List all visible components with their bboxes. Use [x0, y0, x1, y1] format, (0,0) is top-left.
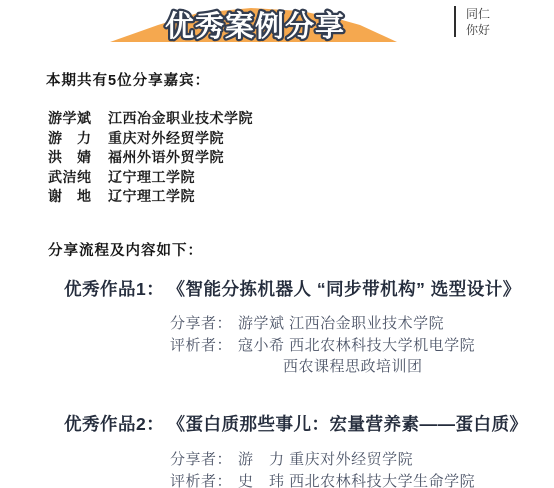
section-2-title: 优秀作品2：《蛋白质那些事儿：宏量营养素——蛋白质》: [64, 411, 527, 436]
sharer-label: 分享者：: [170, 315, 232, 332]
greeting-line-1: 同仁: [466, 6, 490, 22]
guest-name: 游 力: [48, 129, 100, 149]
section-1-title: 优秀作品1：《智能分拣机器人 “同步带机构” 选型设计》: [64, 276, 521, 301]
guests-heading: 本期共有5位分享嘉宾：: [46, 69, 210, 90]
section-2-work-title: 《蛋白质那些事儿：宏量营养素——蛋白质》: [176, 414, 527, 434]
reviewer-label: 评析者：: [170, 473, 232, 488]
guest-row: 游 力重庆对外经贸学院: [48, 129, 253, 149]
section-1-work-title: 《智能分拣机器人 “同步带机构” 选型设计》: [176, 279, 520, 299]
banner-graphic: 优秀案例分享: [103, 2, 405, 46]
greeting-text: 同仁 你好: [466, 6, 490, 38]
guest-list: 游学斌江西冶金职业技术学院 游 力重庆对外经贸学院 洪 婧福州外语外贸学院 武洁…: [48, 109, 253, 207]
section-2-label: 优秀作品2：: [64, 414, 164, 434]
sharer-value: 游学斌 江西冶金职业技术学院: [238, 315, 444, 332]
greeting-line-2: 你好: [466, 22, 490, 38]
guest-institution: 福州外语外贸学院: [108, 149, 224, 165]
section-1-label: 优秀作品1：: [64, 279, 164, 299]
process-heading: 分享流程及内容如下：: [48, 239, 203, 260]
sharer-value: 游 力 重庆对外经贸学院: [238, 451, 413, 468]
section-1-reviewer: 评析者：寇小希 西北农林科技大学机电学院: [170, 334, 475, 355]
section-1-sharer: 分享者：游学斌 江西冶金职业技术学院: [170, 312, 444, 333]
guest-name: 武洁纯: [48, 168, 100, 188]
page: 优秀案例分享 同仁 你好 本期共有5位分享嘉宾： 游学斌江西冶金职业技术学院 游…: [0, 0, 554, 488]
guest-name: 游学斌: [48, 109, 100, 129]
guest-institution: 辽宁理工学院: [108, 188, 195, 204]
guest-row: 武洁纯辽宁理工学院: [48, 168, 253, 188]
guest-institution: 江西冶金职业技术学院: [108, 110, 253, 126]
guest-row: 洪 婧福州外语外贸学院: [48, 148, 253, 168]
guest-name: 洪 婧: [48, 148, 100, 168]
guest-row: 谢 地辽宁理工学院: [48, 187, 253, 207]
greeting-divider: [454, 6, 456, 37]
page-title: 优秀案例分享: [165, 9, 345, 43]
section-1-reviewer-extra: 西农课程思政培训团: [283, 355, 423, 376]
title-banner: 优秀案例分享: [103, 2, 405, 46]
guest-name: 谢 地: [48, 187, 100, 207]
reviewer-value: 史 玮 西北农林科技大学生命学院: [238, 473, 475, 488]
reviewer-label: 评析者：: [170, 337, 232, 354]
section-2-sharer: 分享者：游 力 重庆对外经贸学院: [170, 448, 413, 469]
reviewer-value: 寇小希 西北农林科技大学机电学院: [238, 337, 475, 354]
greeting-block: 同仁 你好: [454, 6, 490, 38]
guest-institution: 辽宁理工学院: [108, 169, 195, 185]
guest-institution: 重庆对外经贸学院: [108, 130, 224, 146]
section-2-reviewer: 评析者：史 玮 西北农林科技大学生命学院: [170, 470, 475, 488]
sharer-label: 分享者：: [170, 451, 232, 468]
guest-row: 游学斌江西冶金职业技术学院: [48, 109, 253, 129]
